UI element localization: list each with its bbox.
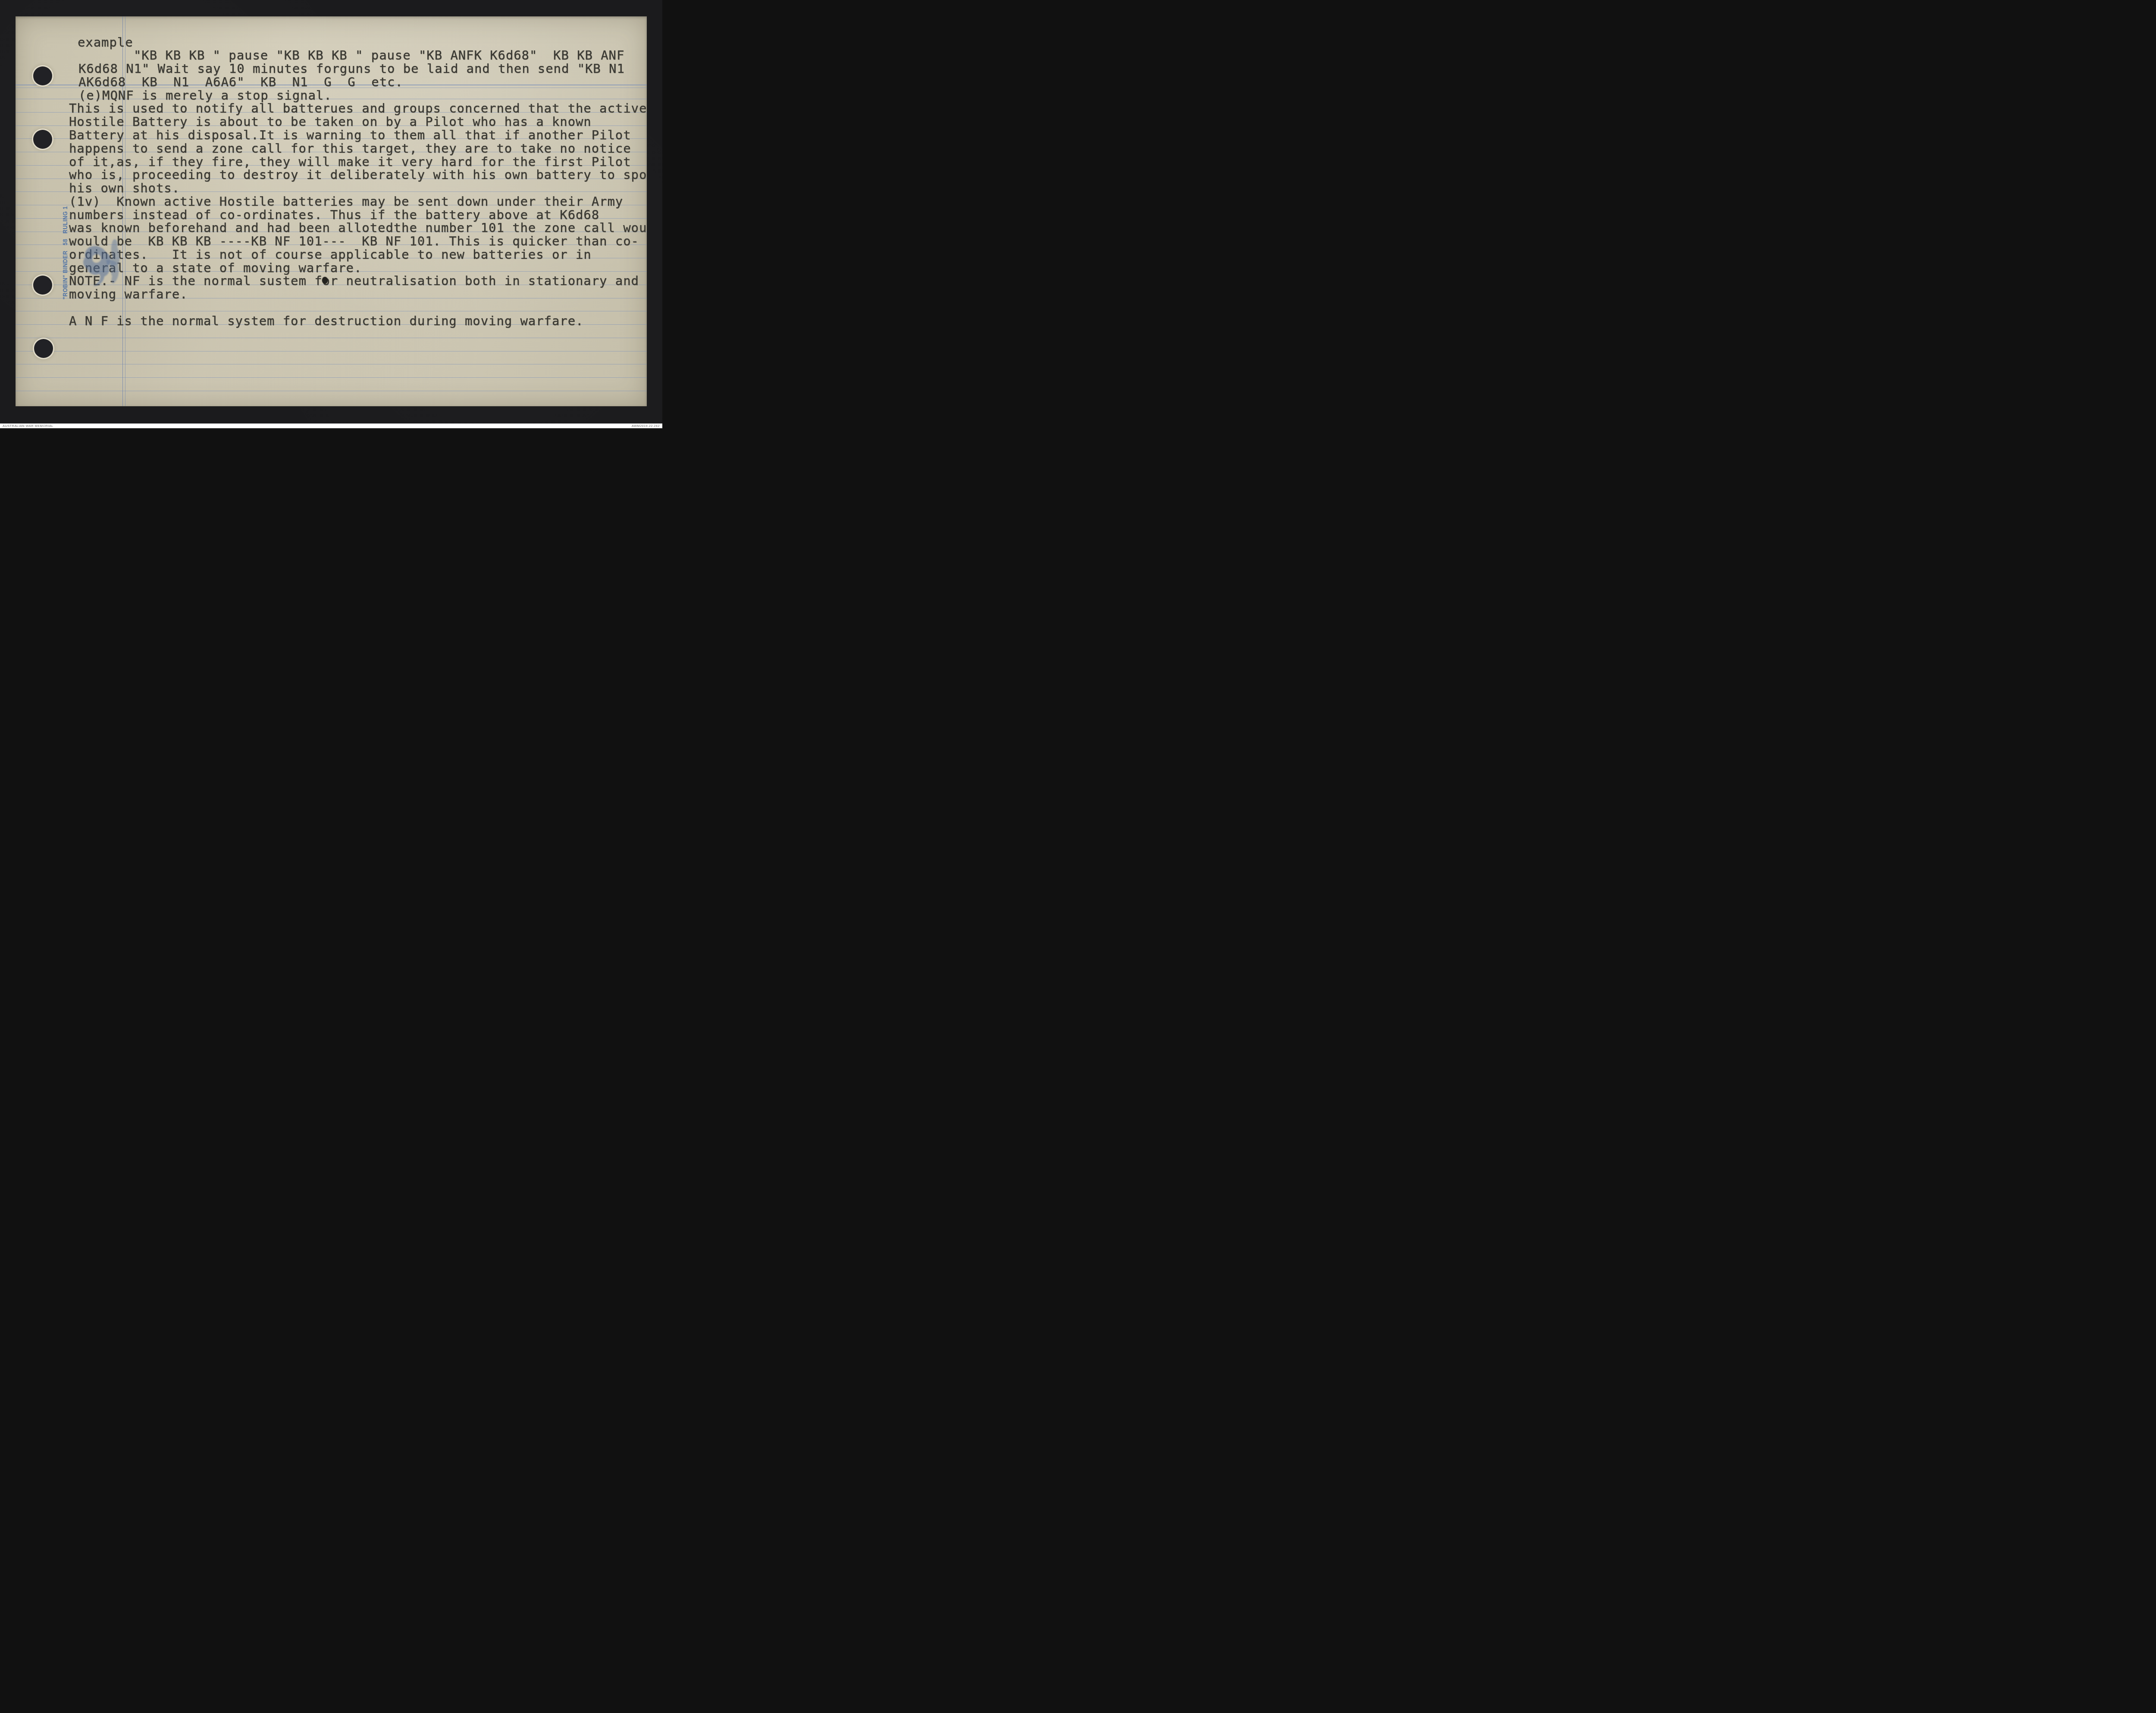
binder-brand-print: "ROBIN" BINDER 58 RULING 1: [62, 189, 69, 316]
institution-label: AUSTRALIAN WAR MEMORIAL: [3, 424, 53, 428]
typed-line-8: Battery at his disposal.It is warning to…: [69, 129, 631, 142]
punch-hole-1: [33, 66, 52, 85]
ruled-line: [16, 391, 647, 391]
typed-line-19: NOTE.- NF is the normal sustem for neutr…: [69, 274, 647, 288]
typed-line-7: Hostile Battery is about to be taken on …: [69, 115, 592, 129]
ruled-line: [16, 338, 647, 338]
typed-line-9: happens to send a zone call for this tar…: [69, 142, 631, 155]
typed-line-3: K6d68 N1" Wait say 10 minutes forguns to…: [78, 62, 625, 75]
ruled-line: [16, 351, 647, 351]
typed-line-16: would be KB KB KB ----KB NF 101--- KB NF…: [69, 235, 639, 248]
typed-line-14: numbers instead of co-ordinates. Thus if…: [69, 208, 599, 222]
typed-line-15: was known beforehand and had been allote…: [69, 221, 647, 235]
typed-line-18: general to a state of moving warfare.: [69, 261, 362, 275]
typed-line-10: of it,as, if they fire, they will make i…: [69, 155, 631, 169]
typed-line-12: his own shots.: [69, 182, 180, 195]
typed-line-6: This is used to notify all batterues and…: [69, 102, 647, 115]
punch-hole-3: [33, 276, 52, 295]
scanned-document-view: "ROBIN" BINDER 58 RULING 1 example"KB KB…: [0, 0, 662, 428]
typed-line-1: example: [78, 36, 133, 49]
typed-line-22: A N F is the normal system for destructi…: [69, 314, 583, 328]
ruled-line: [16, 311, 647, 311]
ink-blot: [322, 277, 328, 284]
archive-item-id: AWM2019.22.242: [632, 424, 660, 428]
typed-line-11: who is, proceeding to destroy it deliber…: [69, 168, 647, 182]
typed-line-4: AK6d68 KB N1 A6A6" KB N1 G G etc.: [78, 75, 403, 89]
typed-line-17: ordinates. It is not of course applicabl…: [69, 248, 592, 261]
punch-hole-2: [33, 130, 52, 149]
punch-hole-4: [34, 339, 53, 358]
typed-line-5: (e)MQNF is merely a stop signal.: [78, 89, 332, 102]
scan-caption-bar: AUSTRALIAN WAR MEMORIAL AWM2019.22.242: [0, 424, 662, 428]
typed-line-13: (1v) Known active Hostile batteries may …: [69, 195, 623, 208]
typed-line-2: "KB KB KB " pause "KB KB KB " pause "KB …: [134, 49, 624, 62]
ruled-line: [16, 377, 647, 378]
ruled-line: [16, 364, 647, 364]
document-page: "ROBIN" BINDER 58 RULING 1 example"KB KB…: [16, 16, 647, 406]
typed-line-20: moving warfare.: [69, 288, 188, 301]
